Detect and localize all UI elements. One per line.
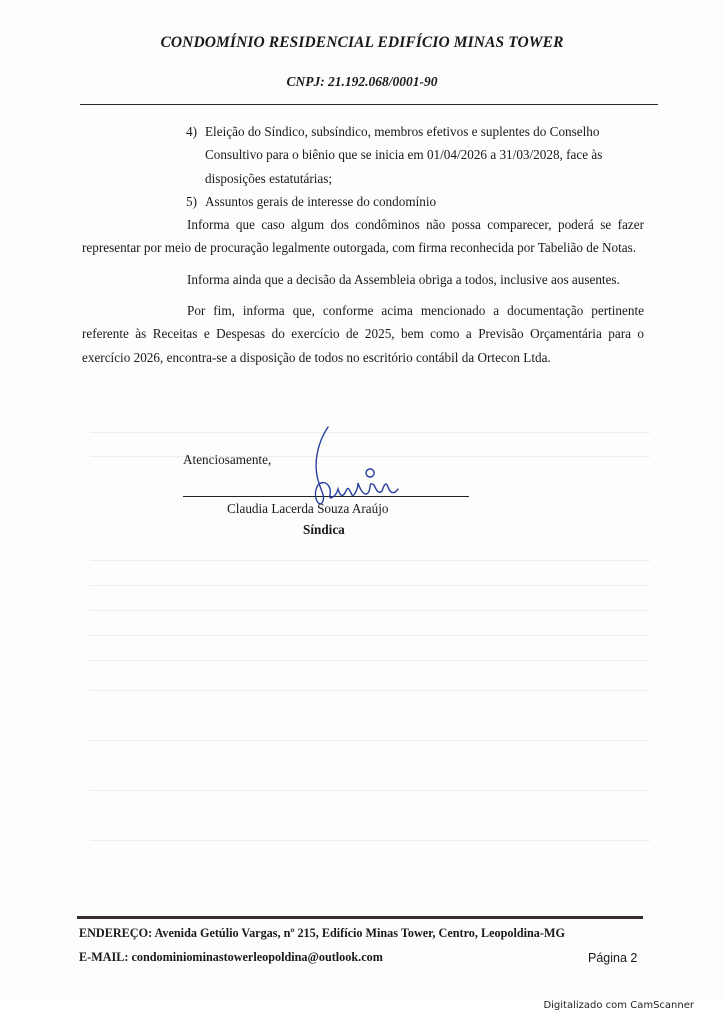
agenda-item-text: Assuntos gerais de interesse do condomín… (205, 194, 436, 209)
paragraph-decision: Informa ainda que a decisão da Assemblei… (82, 268, 644, 291)
footer-divider (77, 916, 643, 919)
agenda-item: 5) Assuntos gerais de interesse do condo… (82, 190, 644, 213)
footer-email: E-MAIL: condominiominastowerleopoldina@o… (79, 950, 383, 965)
agenda-item-number: 5) (186, 190, 197, 213)
document-title: CONDOMÍNIO RESIDENCIAL EDIFÍCIO MINAS TO… (0, 34, 724, 52)
cnpj-line: CNPJ: 21.192.068/0001-90 (0, 74, 724, 90)
paragraph-proxy: Informa que caso algum dos condôminos nã… (82, 213, 644, 260)
footer-address: ENDEREÇO: Avenida Getúlio Vargas, nº 215… (79, 926, 565, 941)
page-number: Página 2 (588, 951, 637, 965)
signer-role: Síndica (303, 522, 345, 538)
agenda-item: 4) Eleição do Síndico, subsíndico, membr… (82, 120, 644, 190)
paragraph-documentation: Por fim, informa que, conforme acima men… (82, 299, 644, 369)
letter-body: 4) Eleição do Síndico, subsíndico, membr… (82, 120, 644, 369)
closing-salutation: Atenciosamente, (183, 452, 271, 468)
header-divider (80, 104, 658, 105)
agenda-item-text: Eleição do Síndico, subsíndico, membros … (205, 124, 602, 186)
handwritten-signature-icon (288, 425, 418, 515)
agenda-item-number: 4) (186, 120, 197, 143)
scanner-watermark: Digitalizado com CamScanner (543, 1000, 694, 1011)
document-page: CONDOMÍNIO RESIDENCIAL EDIFÍCIO MINAS TO… (0, 0, 724, 1000)
